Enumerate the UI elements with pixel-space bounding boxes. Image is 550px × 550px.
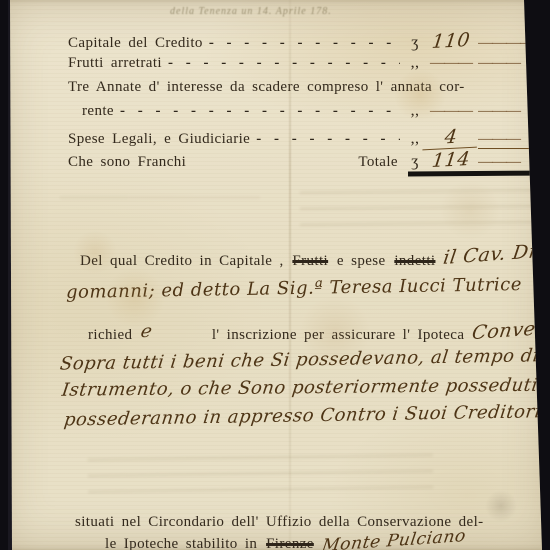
dot-leader: - - - - - - - - - - - - - - - - - - xyxy=(209,35,400,52)
printed-text: situati nel Circondario dell' Uffizio de… xyxy=(75,514,484,530)
handwritten-insertion: Convenzionale xyxy=(471,312,550,344)
struck-word-frutti: Frutti xyxy=(292,253,328,269)
handwritten-line-names: gomanni; ed detto La Sig.ª Teresa Iucci … xyxy=(66,274,522,303)
clause-del-qual-credito: Del qual Credito in Capitale , Frutti e … xyxy=(80,248,550,270)
dot-leader: - - - - - - - - - - - - - - - - - - - - … xyxy=(120,103,400,120)
handwritten-total: 114 xyxy=(422,148,479,173)
currency-symbol: ,, xyxy=(406,130,424,148)
row-label: Tre Annate d' interesse da scadere compr… xyxy=(68,79,465,96)
ink-line: ——— xyxy=(478,131,540,149)
row-label: rente xyxy=(82,103,114,120)
ledger-row-frutti: Frutti arretrati - - - - - - - - - - - -… xyxy=(68,54,540,72)
printed-text: Del qual Credito in Capitale , xyxy=(80,253,284,269)
handwritten-line: possederanno in appresso Contro i Suoi C… xyxy=(63,400,550,430)
total-word: Totale xyxy=(358,154,398,171)
bleedthrough-ghost-text xyxy=(60,196,260,212)
ledger-row-capitale: Capitale del Credito - - - - - - - - - -… xyxy=(68,30,540,52)
row-label: Spese Legali, e Giudiciarie xyxy=(68,131,250,148)
ink-line: ——— xyxy=(478,55,540,72)
printed-text: le Ipoteche stabilito in xyxy=(105,536,257,550)
ledger-row-tre-annate: Tre Annate d' interesse da scadere compr… xyxy=(68,79,540,96)
total-separator-bar xyxy=(408,171,539,177)
ledger-row-spese: Spese Legali, e Giudiciarie - - - - - - … xyxy=(68,126,540,149)
currency-symbol: ʒ xyxy=(406,34,424,52)
bleedthrough-top-line: della Tenenza un 14. Aprile 178. xyxy=(170,6,500,17)
ink-line: ——— xyxy=(478,103,540,120)
printed-text: l' inscrizione per assicurare l' Ipoteca xyxy=(212,327,465,343)
handwritten-letter-e: e xyxy=(139,321,155,342)
ink-line: ——— xyxy=(424,103,478,120)
ink-line: ———— xyxy=(478,35,540,52)
clause-richiede-inscrizione: richied e l' inscrizione per assicurare … xyxy=(88,322,550,344)
currency-symbol: ʒ xyxy=(406,153,424,171)
row-label: Frutti arretrati xyxy=(68,55,162,72)
currency-symbol: ,, xyxy=(406,102,424,120)
ink-line: ——— xyxy=(478,154,540,171)
row-label: Che sono Franchi xyxy=(68,154,186,171)
handwritten-insertion: il Cav. Dra- xyxy=(442,239,550,269)
handwritten-line: Sopra tutti i beni che Si possedevano, a… xyxy=(59,344,550,374)
scanned-document-page: della Tenenza un 14. Aprile 178. Capital… xyxy=(0,0,550,550)
paper-sheet: della Tenenza un 14. Aprile 178. Capital… xyxy=(0,0,550,550)
currency-symbol: ,, xyxy=(406,54,424,72)
ledger-row-totale: Che sono Franchi Totale ʒ 114 ——— xyxy=(68,149,540,171)
handwritten-amount: 4 xyxy=(422,125,479,151)
bleedthrough-ghost-text xyxy=(88,444,434,507)
bleedthrough-ghost-text xyxy=(300,185,536,239)
dot-leader: - - - - - - - - - - - - - - - - - - - - xyxy=(168,55,400,72)
struck-word-indetti: indetti xyxy=(394,253,435,269)
handwritten-line: Istrumento, o che Sono posteriormente po… xyxy=(61,374,550,401)
printed-text: e spese xyxy=(337,253,386,269)
dot-leader: - - - - - - - - - - - - - xyxy=(256,131,400,148)
row-label: Capitale del Credito xyxy=(68,35,203,52)
struck-word-firenze: Firenze xyxy=(266,536,314,550)
ledger-row-rente: rente - - - - - - - - - - - - - - - - - … xyxy=(68,102,540,120)
ink-line: ——— xyxy=(424,55,478,72)
printed-text: richied xyxy=(88,327,132,343)
handwritten-amount: 110 xyxy=(422,29,479,54)
footer-location-line: le Ipoteche stabilito in Firenze Monte P… xyxy=(105,533,465,550)
